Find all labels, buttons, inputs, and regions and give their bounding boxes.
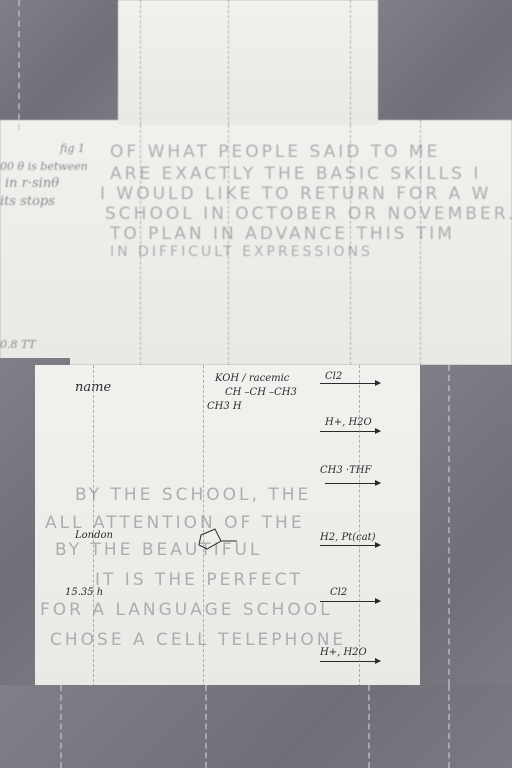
quilting-line	[368, 685, 370, 768]
ink-note: H2, Pt(cat)	[320, 532, 376, 543]
quilting-line	[228, 0, 229, 125]
quilting-line	[93, 365, 94, 687]
ink-note: CH3 H	[207, 401, 242, 412]
reaction-arrow	[320, 383, 380, 384]
ink-note: Cl2	[325, 371, 342, 382]
quilting-line	[448, 365, 450, 685]
print-line: FOR A LANGUAGE SCHOOL	[40, 600, 333, 620]
gray-panel-bottom	[0, 685, 512, 768]
print-line: OF WHAT PEOPLE SAID TO ME	[110, 142, 440, 162]
print-line: TO PLAN IN ADVANCE THIS TIM	[110, 224, 455, 244]
ink-note: KOH / racemic	[215, 373, 289, 384]
quilting-line	[359, 365, 360, 687]
quilting-line	[350, 0, 351, 125]
quilting-line	[420, 120, 421, 365]
quilting-line	[228, 120, 229, 365]
upper-text-fabric: OF WHAT PEOPLE SAID TO ME ARE EXACTLY TH…	[0, 120, 512, 365]
print-line: IT IS THE PERFECT	[95, 570, 303, 590]
print-line: BY THE SCHOOL, THE	[75, 485, 311, 505]
math-note: in r·sinθ	[5, 176, 59, 191]
gray-panel-top-right	[378, 0, 512, 132]
quilting-line	[350, 120, 351, 365]
cyclopentane-drawing	[193, 525, 243, 555]
math-note: 00 θ is between	[0, 160, 88, 173]
ink-note: 15.35 h	[65, 587, 103, 598]
math-note: fig 1	[60, 142, 85, 155]
math-note: its stops	[0, 194, 55, 209]
print-line: SCHOOL IN OCTOBER OR NOVEMBER.	[105, 204, 512, 224]
reaction-arrow	[320, 661, 380, 662]
gray-panel-right-middle	[410, 365, 512, 685]
quilting-line	[205, 685, 207, 768]
quilting-line	[203, 365, 204, 687]
quilting-line	[60, 685, 62, 768]
lower-text-fabric: BY THE SCHOOL, THE ALL ATTENTION OF THE …	[35, 365, 420, 687]
reaction-arrow	[320, 431, 380, 432]
reaction-arrow	[320, 545, 380, 546]
print-line: ARE EXACTLY THE BASIC SKILLS I	[110, 164, 481, 184]
ink-note: Cl2	[330, 587, 347, 598]
print-line: CHOSE A CELL TELEPHONE	[50, 630, 346, 650]
print-line: IN DIFFICULT EXPRESSIONS	[110, 244, 373, 260]
reaction-arrow	[320, 601, 380, 602]
quilting-line	[140, 120, 141, 365]
reaction-arrow	[325, 483, 380, 484]
quilting-line	[448, 685, 450, 768]
ink-note: CH3 ·THF	[320, 465, 371, 476]
upper-strip-fabric	[118, 0, 378, 125]
ink-note: H+, H2O	[325, 417, 372, 428]
quilting-line	[140, 0, 141, 125]
ink-note: CH –CH –CH3	[225, 387, 297, 398]
print-line: I WOULD LIKE TO RETURN FOR A W	[100, 184, 492, 204]
math-note: 0.8 TT	[0, 338, 36, 351]
quilting-line	[18, 0, 20, 130]
